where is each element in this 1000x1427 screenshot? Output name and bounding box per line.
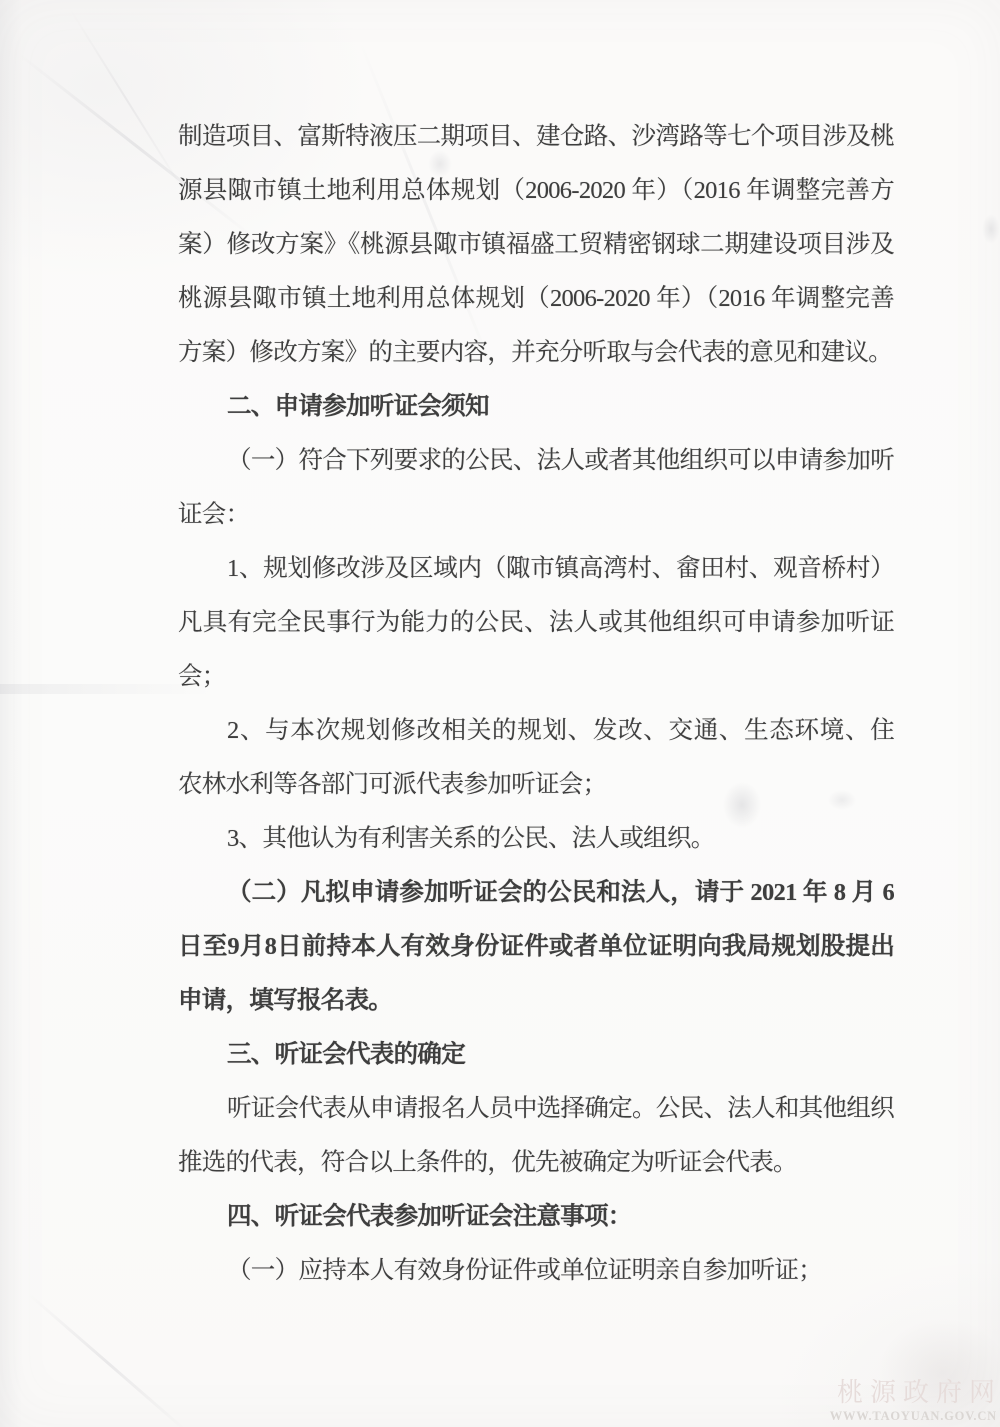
document-line: 源县陬市镇土地利用总体规划（2006-2020 年）（2016 年调整完善方 xyxy=(178,164,894,218)
paper-edge-shadow xyxy=(0,0,22,1427)
paper-crease xyxy=(69,8,187,196)
paper-smudge xyxy=(982,214,1000,244)
watermark-site-name: 桃源政府网 xyxy=(830,1380,1000,1406)
document-line: 2、与本次规划修改相关的规划、发改、交通、生态环境、住建、 xyxy=(178,704,894,758)
document-line: 方案）修改方案》的主要内容，并充分听取与会代表的意见和建议。 xyxy=(178,326,894,380)
document-body: 制造项目、富斯特液压二期项目、建仓路、沙湾路等七个项目涉及桃源县陬市镇土地利用总… xyxy=(178,110,894,1298)
document-line: 听证会代表从申请报名人员中选择确定。公民、法人和其他组织 xyxy=(178,1082,894,1136)
site-watermark: 桃源政府网 WWW.TAOYUAN.GOV.CN xyxy=(830,1380,997,1423)
document-line: 制造项目、富斯特液压二期项目、建仓路、沙湾路等七个项目涉及桃 xyxy=(178,110,894,164)
document-line: （一）应持本人有效身份证件或单位证明亲自参加听证； xyxy=(178,1244,894,1298)
document-line: 日至9月8日前持本人有效身份证件或者单位证明向我局规划股提出 xyxy=(178,920,894,974)
document-line: 桃源县陬市镇土地利用总体规划（2006-2020 年）（2016 年调整完善 xyxy=(178,272,894,326)
document-line: 案）修改方案》《桃源县陬市镇福盛工贸精密钢球二期建设项目涉及 xyxy=(178,218,894,272)
document-line: 农林水利等各部门可派代表参加听证会； xyxy=(178,758,894,812)
watermark-site-url: WWW.TAOYUAN.GOV.CN xyxy=(830,1410,997,1423)
document-line: 四、听证会代表参加听证会注意事项： xyxy=(178,1190,894,1244)
document-line: 3、其他认为有利害关系的公民、法人或组织。 xyxy=(178,812,894,866)
scanned-document-page: 制造项目、富斯特液压二期项目、建仓路、沙湾路等七个项目涉及桃源县陬市镇土地利用总… xyxy=(0,0,1000,1427)
document-line: 证会： xyxy=(178,488,894,542)
document-line: 1、规划修改涉及区域内（陬市镇高湾村、畲田村、观音桥村） xyxy=(178,542,894,596)
document-line: （二）凡拟申请参加听证会的公民和法人，请于 2021 年 8 月 6 xyxy=(178,866,894,920)
document-line: 推选的代表，符合以上条件的，优先被确定为听证会代表。 xyxy=(178,1136,894,1190)
document-line: 凡具有完全民事行为能力的公民、法人或其他组织可申请参加听证 xyxy=(178,596,894,650)
document-line: 申请，填写报名表。 xyxy=(178,974,894,1028)
document-line: 二、申请参加听证会须知 xyxy=(178,380,894,434)
paper-crease xyxy=(27,1292,187,1427)
document-line: 三、听证会代表的确定 xyxy=(178,1028,894,1082)
document-line: 会； xyxy=(178,650,894,704)
document-line: （一）符合下列要求的公民、法人或者其他组织可以申请参加听 xyxy=(178,434,894,488)
